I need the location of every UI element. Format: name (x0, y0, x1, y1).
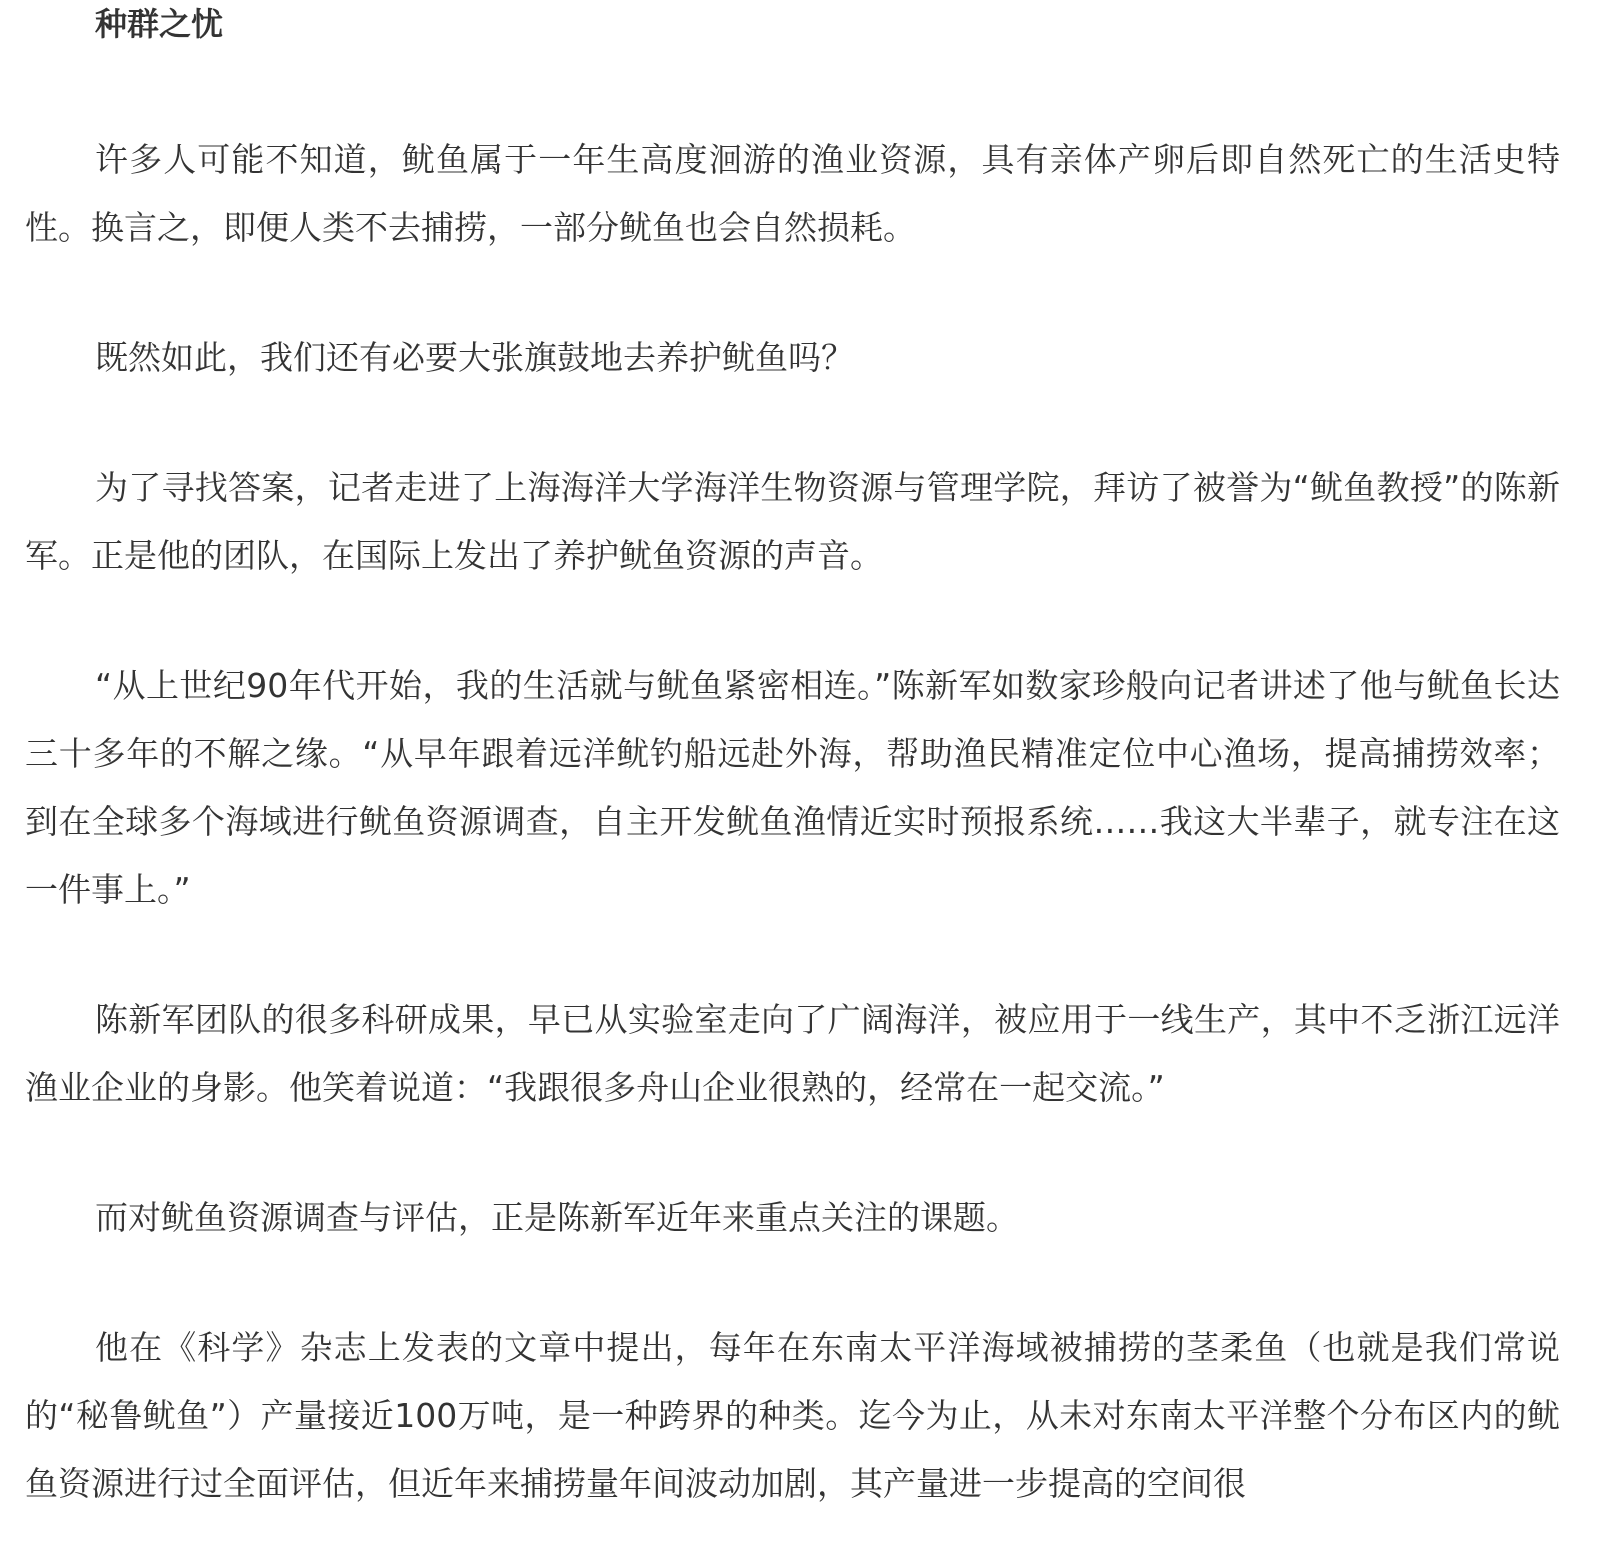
spacer (25, 1122, 1560, 1184)
paragraph-7: 他在《科学》杂志上发表的文章中提出，每年在东南太平洋海域被捕捞的茎柔鱼（也就是我… (25, 1314, 1560, 1518)
spacer (25, 590, 1560, 652)
paragraph-4: “从上世纪90年代开始，我的生活就与鱿鱼紧密相连。”陈新军如数家珍般向记者讲述了… (25, 652, 1560, 924)
spacer (25, 392, 1560, 454)
spacer (25, 52, 1560, 126)
paragraph-6: 而对鱿鱼资源调查与评估，正是陈新军近年来重点关注的课题。 (25, 1184, 1560, 1252)
section-title: 种群之忧 (25, 0, 1560, 52)
paragraph-1: 许多人可能不知道，鱿鱼属于一年生高度洄游的渔业资源，具有亲体产卵后即自然死亡的生… (25, 126, 1560, 262)
spacer (25, 262, 1560, 324)
paragraph-5: 陈新军团队的很多科研成果，早已从实验室走向了广阔海洋，被应用于一线生产，其中不乏… (25, 986, 1560, 1122)
article-body: 种群之忧 许多人可能不知道，鱿鱼属于一年生高度洄游的渔业资源，具有亲体产卵后即自… (0, 0, 1614, 1518)
spacer (25, 924, 1560, 986)
paragraph-3: 为了寻找答案，记者走进了上海海洋大学海洋生物资源与管理学院，拜访了被誉为“鱿鱼教… (25, 454, 1560, 590)
paragraph-2: 既然如此，我们还有必要大张旗鼓地去养护鱿鱼吗？ (25, 324, 1560, 392)
spacer (25, 1252, 1560, 1314)
